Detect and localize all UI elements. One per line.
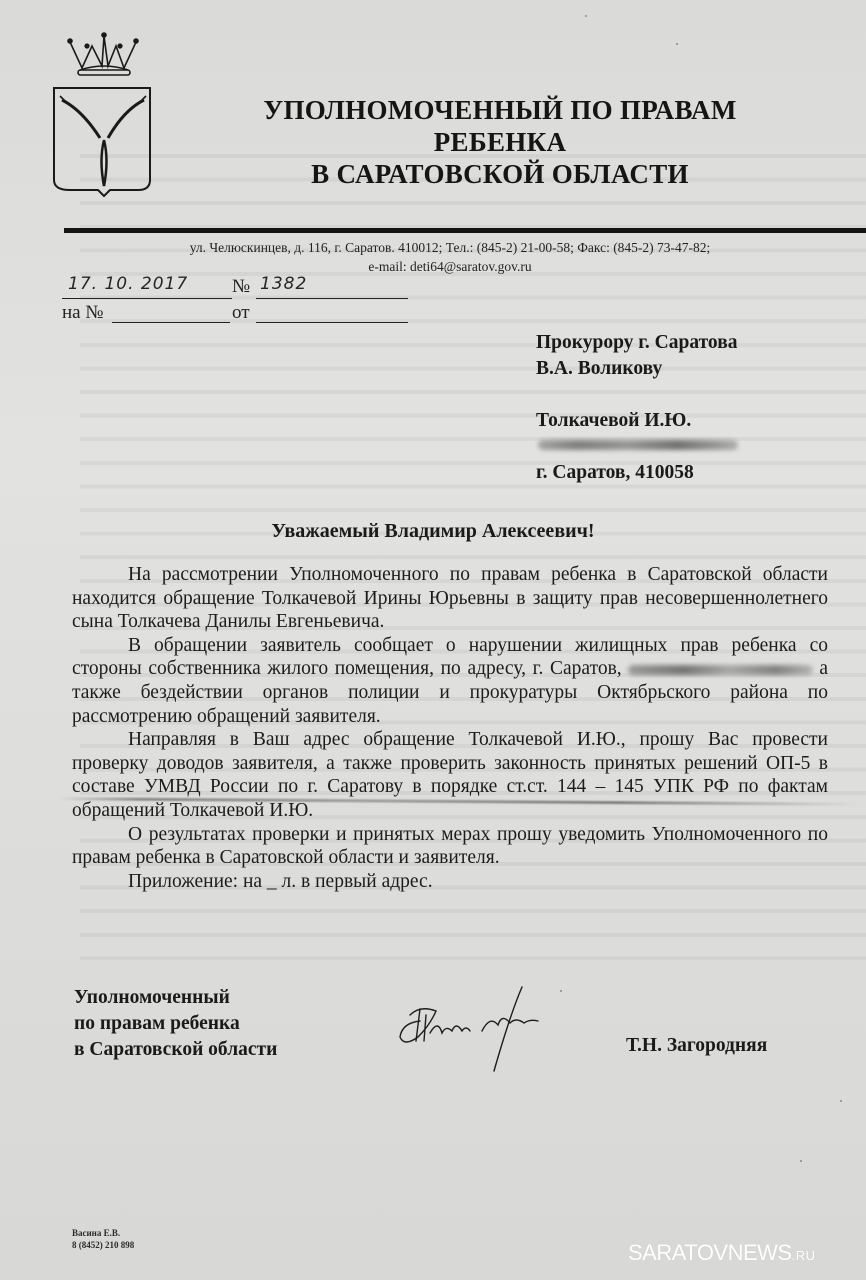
redacted-address-inline	[628, 665, 813, 675]
title-line-2: РЕБЕНКА	[200, 126, 800, 158]
number-label: №	[232, 276, 250, 298]
scan-speckle	[560, 990, 562, 992]
addressee-city: г. Саратов, 410058	[536, 460, 737, 486]
outgoing-number-field: 1382	[256, 276, 408, 299]
watermark-brand: SARATOVNEWS	[628, 1240, 792, 1265]
scan-speckle	[585, 15, 587, 17]
organization-title: УПОЛНОМОЧЕННЫЙ ПО ПРАВАМ РЕБЕНКА В САРАТ…	[200, 94, 800, 190]
email-line: e-mail: deti64@saratov.gov.ru	[100, 257, 800, 276]
scan-speckle	[840, 1100, 842, 1102]
reply-from-date-field	[256, 300, 408, 323]
signatory-name: Т.Н. Загородняя	[626, 1035, 767, 1057]
contact-info: ул. Челюскинцев, д. 116, г. Саратов. 410…	[100, 238, 800, 276]
redacted-address	[536, 434, 737, 460]
signatory-title-line-2: по правам ребенка	[74, 1011, 277, 1037]
paragraph-3: Направляя в Ваш адрес обращение Толкачев…	[72, 728, 828, 822]
reply-to-label: на №	[62, 302, 103, 324]
addressee-copy-name: Толкачевой И.Ю.	[536, 408, 737, 434]
scan-speckle	[800, 1160, 802, 1162]
executor-name: Васина Е.В.	[72, 1227, 134, 1239]
signatory-title: Уполномоченный по правам ребенка в Сарат…	[74, 985, 277, 1063]
reply-from-label: от	[232, 302, 250, 324]
title-line-1: УПОЛНОМОЧЕННЫЙ ПО ПРАВАМ	[200, 94, 800, 126]
outgoing-date: 17. 10. 2017	[68, 274, 188, 294]
watermark-tld: .RU	[792, 1248, 816, 1263]
reply-to-number-field	[112, 300, 230, 323]
title-line-3: В САРАТОВСКОЙ ОБЛАСТИ	[200, 158, 800, 190]
letter-body: На рассмотрении Уполномоченного по права…	[72, 563, 828, 893]
signatory-title-line-3: в Саратовской области	[74, 1037, 277, 1063]
signatory-title-line-1: Уполномоченный	[74, 985, 277, 1011]
header-divider	[64, 228, 866, 233]
executor-phone: 8 (8452) 210 898	[72, 1239, 134, 1251]
paragraph-4: О результатах проверки и принятых мерах …	[72, 823, 828, 870]
addressee-block: Прокурору г. Саратова В.А. Воликову Толк…	[536, 330, 737, 486]
executor-info: Васина Е.В. 8 (8452) 210 898	[72, 1227, 134, 1251]
outgoing-date-field: 17. 10. 2017	[62, 276, 232, 299]
addressee-recipient-title: Прокурору г. Саратова	[536, 330, 737, 356]
scan-speckle	[676, 43, 678, 45]
saratov-coat-of-arms-icon	[52, 30, 156, 198]
salutation: Уважаемый Владимир Алексеевич!	[0, 520, 866, 543]
outgoing-number: 1382	[260, 274, 307, 294]
paragraph-2: В обращении заявитель сообщает о нарушен…	[72, 634, 828, 728]
site-watermark: SARATOVNEWS.RU	[628, 1240, 816, 1266]
handwritten-signature-icon	[390, 975, 550, 1075]
paragraph-5: Приложение: на _ л. в первый адрес.	[72, 870, 828, 894]
paragraph-1: На рассмотрении Уполномоченного по права…	[72, 563, 828, 634]
scanned-letter-page: УПОЛНОМОЧЕННЫЙ ПО ПРАВАМ РЕБЕНКА В САРАТ…	[0, 0, 866, 1280]
addressee-recipient-name: В.А. Воликову	[536, 356, 737, 382]
address-line: ул. Челюскинцев, д. 116, г. Саратов. 410…	[100, 238, 800, 257]
